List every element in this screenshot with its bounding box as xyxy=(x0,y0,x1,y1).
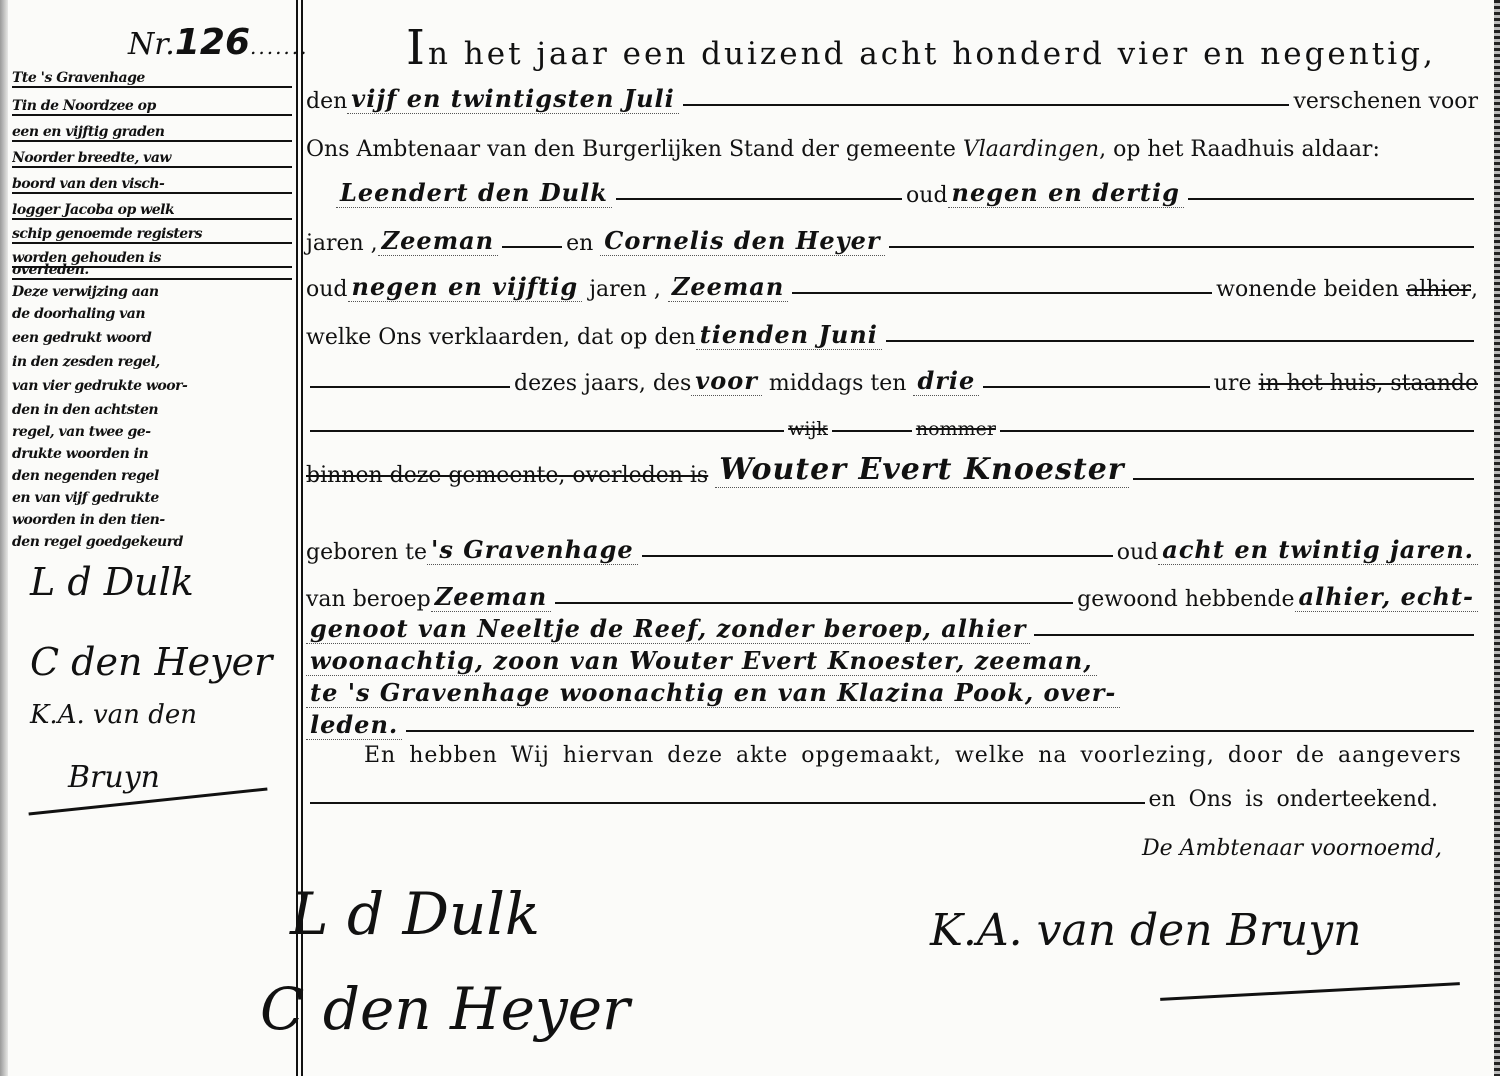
struck-text: alhier xyxy=(1406,277,1471,302)
form-line-death-time: dezes jaars, des voor middags ten drie u… xyxy=(306,356,1478,396)
struck-text: binnen deze gemeente, overleden is xyxy=(306,463,708,488)
printed-text: Ons Ambtenaar van den Burgerlijken Stand… xyxy=(306,137,956,162)
closing-line-2: en Ons is onderteekend. xyxy=(306,772,1478,812)
printed-text: geboren te xyxy=(306,540,427,565)
printed-text: oud xyxy=(906,183,948,208)
struck-text: in het huis, staande xyxy=(1258,371,1478,396)
margin-signature-dulk: L d Dulk xyxy=(30,560,194,604)
deceased-name: Wouter Evert Knoester xyxy=(715,452,1128,488)
form-line-death-date: welke Ons verklaarden, dat op den tiende… xyxy=(306,310,1478,350)
margin-note-line: en van vijf gedrukte xyxy=(12,490,292,506)
printed-text: oud xyxy=(1117,540,1159,565)
handwritten-entry: tienden Juni xyxy=(696,320,882,350)
number-label: Nr. xyxy=(128,27,175,62)
margin-note-line: woorden in den tien- xyxy=(12,512,292,528)
margin-note-line: een en vijftig graden xyxy=(12,124,292,142)
closing-line-1: En hebben Wij hiervan deze akte opgemaak… xyxy=(306,728,1478,768)
municipality-name: Vlaardingen xyxy=(963,137,1099,162)
handwritten-entry: acht en twintig jaren. xyxy=(1158,535,1478,565)
printed-text: , op het Raadhuis aldaar: xyxy=(1099,137,1380,162)
signature-declarant-1: L d Dulk xyxy=(290,880,540,948)
signature-official: K.A. van den Bruyn xyxy=(930,905,1361,956)
margin-note-line: Tte 's Gravenhage xyxy=(12,70,292,88)
printed-text: nommer xyxy=(916,418,996,440)
certificate-number: Nr.126....... xyxy=(128,22,309,63)
margin-note-line: Tin de Noordzee op xyxy=(12,98,292,116)
handwritten-entry: drie xyxy=(913,366,979,396)
margin-note-line: Deze verwijzing aan xyxy=(12,284,292,300)
printed-text: en xyxy=(566,231,593,256)
page-edge-left xyxy=(0,0,8,1076)
margin-note-line: boord van den visch- xyxy=(12,176,292,194)
printed-text: ure xyxy=(1214,371,1252,396)
printed-text: verschenen voor xyxy=(1293,89,1478,114)
margin-note-line: drukte woorden in xyxy=(12,446,292,462)
signature-declarant-2: C den Heyer xyxy=(260,975,630,1043)
margin-note-line: schip genoemde registers xyxy=(12,226,292,244)
margin-note-line: den regel goedgekeurd xyxy=(12,534,292,550)
handwritten-entry: Zeeman xyxy=(668,272,788,302)
form-title: In het jaar een duizend acht honderd vie… xyxy=(406,20,1436,76)
margin-note-line: den in den achtsten xyxy=(12,402,292,418)
margin-note-line: overleden. xyxy=(12,262,292,280)
form-line-deceased: binnen deze gemeente, overleden is Woute… xyxy=(306,448,1478,488)
form-line-official: Ons Ambtenaar van den Burgerlijken Stand… xyxy=(306,122,1478,162)
printed-text: en Ons is onderteekend. xyxy=(1149,787,1439,812)
margin-note-line: Noorder breedte, vaw xyxy=(12,150,292,168)
handwritten-entry: negen en vijftig xyxy=(348,272,583,302)
handwritten-entry: Cornelis den Heyer xyxy=(600,226,884,256)
number-value: 126 xyxy=(175,22,250,63)
certificate-page: Nr.126....... Tte 's Gravenhage Tin de N… xyxy=(0,0,1500,1076)
handwritten-entry: Zeeman xyxy=(378,226,498,256)
handwritten-entry: 's Gravenhage xyxy=(427,535,638,565)
official-label: De Ambtenaar voornoemd, xyxy=(1142,836,1442,861)
handwritten-entry: vijf en twintigsten Juli xyxy=(347,84,679,114)
printed-text: jaren , xyxy=(589,277,661,302)
form-line-age-residence: oud negen en vijftig jaren , Zeeman wone… xyxy=(306,262,1478,302)
form-line-date: den vijf en twintigsten Juli verschenen … xyxy=(306,74,1478,114)
margin-note-line: regel, van twee ge- xyxy=(12,424,292,440)
margin-note-line: een gedrukt woord xyxy=(12,330,292,346)
printed-text: welke Ons verklaarden, dat op den xyxy=(306,325,696,350)
handwritten-entry: Leendert den Dulk xyxy=(336,178,612,208)
printed-text: oud xyxy=(306,277,348,302)
printed-text: den xyxy=(306,89,347,114)
form-line-declarant-2: jaren , Zeeman en Cornelis den Heyer xyxy=(306,216,1478,256)
punctuation: , xyxy=(1471,277,1478,302)
margin-signature-heyer: C den Heyer xyxy=(30,640,272,684)
margin-note-line: den negenden regel xyxy=(12,468,292,484)
margin-note-line: de doorhaling van xyxy=(12,306,292,322)
margin-signature-official-2: Bruyn xyxy=(68,760,160,795)
printed-text: middags ten xyxy=(769,371,907,396)
handwritten-entry: voor xyxy=(691,366,762,396)
printed-text: wijk xyxy=(788,418,828,440)
page-edge-right xyxy=(1494,0,1500,1076)
printed-text: wonende beiden xyxy=(1216,277,1399,302)
margin-note-line: in den zesden regel, xyxy=(12,354,292,370)
form-line-birthplace: geboren te 's Gravenhage oud acht en twi… xyxy=(306,525,1478,565)
handwritten-entry: negen en dertig xyxy=(948,178,1184,208)
margin-signature-official-1: K.A. van den xyxy=(30,700,197,730)
margin-note-line: logger Jacoba op welk xyxy=(12,202,292,220)
printed-text: dezes jaars, des xyxy=(514,371,691,396)
form-line-address: wijk nommer xyxy=(306,400,1478,440)
margin-column: Nr.126....... Tte 's Gravenhage Tin de N… xyxy=(8,0,294,1076)
printed-text: En hebben Wij hiervan deze akte opgemaak… xyxy=(364,743,1462,768)
margin-note-line: van vier gedrukte woor- xyxy=(12,378,292,394)
form-line-declarant-1: Leendert den Dulk oud negen en dertig xyxy=(306,168,1478,208)
printed-text: jaren , xyxy=(306,231,378,256)
